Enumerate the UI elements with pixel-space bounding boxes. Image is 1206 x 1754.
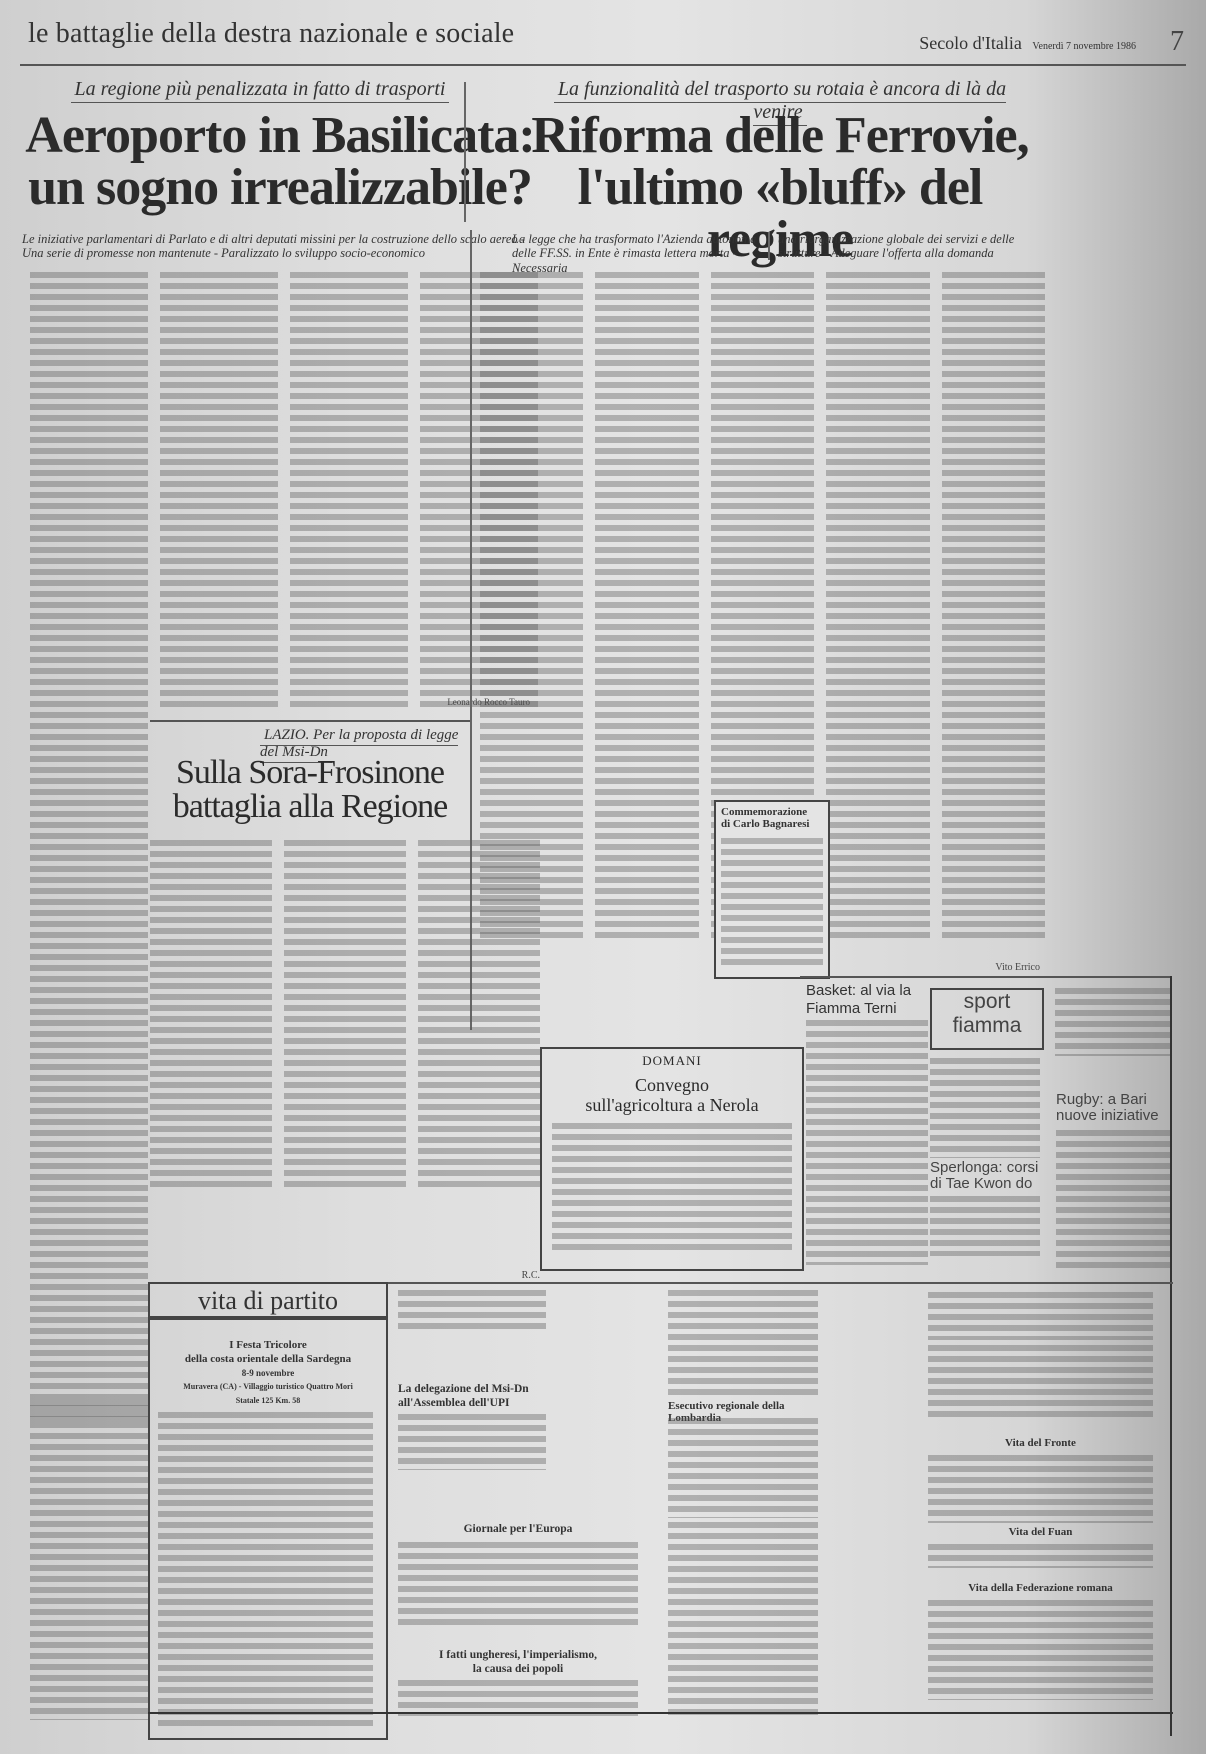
railways-byline: Vito Errico [940, 962, 1040, 973]
text-column [1056, 1130, 1171, 1270]
vita-di-partito-label: vita di partito [148, 1282, 388, 1320]
frame-rule [1170, 976, 1172, 1736]
airport-headline: Aeroporto in Basilicata: un sogno irreal… [20, 110, 540, 214]
sport-right-body [1055, 988, 1170, 1056]
federazione-text [928, 1600, 1153, 1700]
fronte-text [928, 1455, 1153, 1523]
festa-program [158, 1412, 373, 1727]
airport-body-continued [30, 712, 148, 1427]
text-column [930, 1196, 1040, 1256]
lombardia-text [668, 1418, 818, 1518]
lazio-headline: Sulla Sora-Frosinone battaglia alla Regi… [150, 756, 470, 824]
text-column [1055, 988, 1170, 1056]
sport-fiamma-logo: sport fiamma [930, 988, 1044, 1050]
newspaper-name: Secolo d'Italia [919, 33, 1022, 53]
domani-label: DOMANI [542, 1053, 802, 1069]
airport-subhead: Le iniziative parlamentari di Parlato e … [22, 232, 532, 261]
text-column [398, 1680, 638, 1716]
text-column [826, 272, 929, 942]
text-column [284, 840, 406, 1190]
sport-body [930, 1058, 1040, 1158]
bottom-rule [148, 1712, 1173, 1714]
partito-text-3 [928, 1292, 1153, 1340]
commemorazione-box: Commemorazione di Carlo Bagnaresi [714, 800, 830, 979]
airport-body [30, 272, 538, 712]
partito-text-2 [668, 1290, 818, 1395]
text-column [418, 840, 540, 1190]
column-rule [464, 82, 466, 222]
rugby-title: Rugby: a Bari nuove iniziative [1056, 1092, 1171, 1124]
text-column [930, 1058, 1040, 1158]
airport-kicker: La regione più penalizzata in fatto di t… [60, 78, 460, 101]
text-column [942, 272, 1045, 942]
text-column [398, 1414, 546, 1470]
upi-title: La delegazione del Msi-Dn all'Assemblea … [398, 1382, 548, 1410]
text-column [928, 1292, 1153, 1340]
federazione-title: Vita della Federazione romana [928, 1582, 1153, 1594]
text-column [30, 1400, 148, 1720]
text-column [668, 1522, 818, 1717]
section-rule [800, 976, 1170, 978]
section-rule [150, 720, 470, 722]
europa-title: Giornale per l'Europa [398, 1523, 638, 1535]
sperlonga-body [930, 1196, 1040, 1256]
text-column [158, 1412, 373, 1727]
sperlonga-title: Sperlonga: corsi di Tae Kwon do [930, 1160, 1040, 1192]
commemorazione-title: Commemorazione di Carlo Bagnaresi [716, 802, 828, 834]
text-column [160, 272, 278, 712]
text-column [30, 272, 148, 712]
railways-subhead-left: La legge che ha trasformato l'Azienda au… [512, 232, 762, 275]
railways-subhead-right: una riorganizzazione globale dei servizi… [778, 232, 1048, 261]
partito-text [398, 1290, 546, 1332]
header-rule [20, 64, 1186, 66]
issue-date: Venerdì 7 novembre 1986 [1032, 41, 1136, 52]
text-column [928, 1544, 1153, 1568]
basket-title: Basket: al via la Fiamma Terni [806, 982, 926, 1018]
festa-tricolore-title: I Festa Tricolore della costa orientale … [160, 1338, 376, 1408]
text-column [928, 1600, 1153, 1700]
domani-title: Convegno sull'agricoltura a Nerola [542, 1075, 802, 1115]
text-column [290, 272, 408, 712]
fraia-text [928, 1345, 1153, 1420]
text-column [30, 712, 148, 1427]
text-column [928, 1455, 1153, 1523]
text-column [668, 1418, 818, 1518]
lazio-body [150, 840, 540, 1190]
commemorazione-text [721, 838, 823, 966]
frascati-text [668, 1522, 818, 1717]
text-column [806, 1020, 928, 1265]
airport-body-tail [30, 1400, 148, 1720]
rugby-body [1056, 1130, 1171, 1270]
fuan-text [928, 1544, 1153, 1568]
text-column [150, 840, 272, 1190]
domani-box: DOMANI Convegno sull'agricoltura a Nerol… [540, 1047, 804, 1271]
text-column [398, 1290, 546, 1332]
masthead: Secolo d'Italia Venerdì 7 novembre 1986 [919, 33, 1136, 54]
upi-text [398, 1414, 546, 1470]
ungheresi-text [398, 1680, 638, 1716]
basket-body [806, 1020, 928, 1265]
text-column [595, 272, 698, 942]
page-number: 7 [1170, 26, 1184, 58]
fuan-title: Vita del Fuan [928, 1526, 1153, 1538]
fronte-title: Vita del Fronte [928, 1437, 1153, 1449]
text-column [668, 1290, 818, 1395]
lazio-initials: R.C. [470, 1270, 540, 1281]
column-rule [768, 232, 770, 260]
ungheresi-title: I fatti ungheresi, l'imperialismo, la ca… [398, 1648, 638, 1676]
text-column [928, 1345, 1153, 1420]
text-column [398, 1542, 638, 1630]
domani-text [552, 1123, 792, 1253]
europa-text [398, 1542, 638, 1630]
section-title: le battaglie della destra nazionale e so… [28, 18, 514, 50]
